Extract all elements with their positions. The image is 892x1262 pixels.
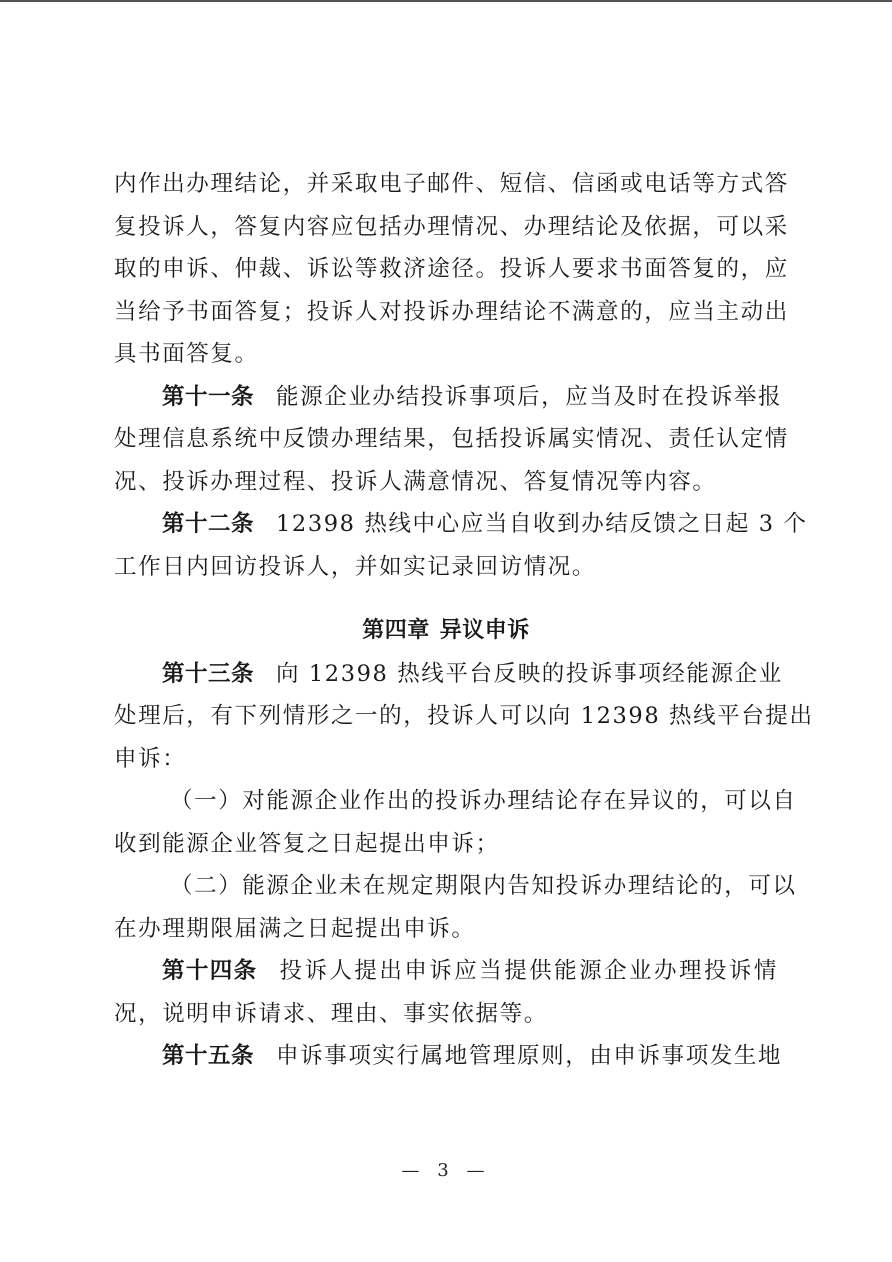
article-number: 第十三条 [162,661,254,687]
article-first-line: 第十二条12398 热线中心应当自收到办结反馈之日起 3 个 [114,503,778,546]
article-number: 第十四条 [162,958,257,984]
list-item-line: 收到能源企业答复之日起提出申诉； [114,823,778,866]
list-item-first-line: （一）对能源企业作出的投诉办理结论存在异议的，可以自 [114,780,778,823]
text-line: 况、投诉办理过程、投诉人满意情况、答复情况等内容。 [114,461,778,504]
text-line: 当给予书面答复；投诉人对投诉办理结论不满意的，应当主动出 [114,291,778,334]
article-text: 能源企业办结投诉事项后，应当及时在投诉举报 [276,384,782,410]
article-text: 申诉事项实行属地管理原则，由申诉事项发生地 [276,1043,782,1069]
text-line: 具书面答复。 [114,333,778,376]
text-line: 工作日内回访投诉人，并如实记录回访情况。 [114,546,778,589]
article-text: 12398 热线中心应当自收到办结反馈之日起 3 个 [276,511,807,537]
text-line: 内作出办理结论，并采取电子邮件、短信、信函或电话等方式答 [114,163,778,206]
list-item-line: 在办理期限届满之日起提出申诉。 [114,908,778,951]
document-page: 内作出办理结论，并采取电子邮件、短信、信函或电话等方式答 复投诉人，答复内容应包… [114,163,778,1078]
article-first-line: 第十四条投诉人提出申诉应当提供能源企业办理投诉情 [114,950,778,993]
text-line: 复投诉人，答复内容应包括办理情况、办理结论及依据，可以采 [114,206,778,249]
top-border-rule [0,0,892,2]
article-15: 第十五条申诉事项实行属地管理原则，由申诉事项发生地 [114,1035,778,1078]
article-text: 投诉人提出申诉应当提供能源企业办理投诉情 [279,958,778,984]
article-first-line: 第十三条向 12398 热线平台反映的投诉事项经能源企业 [114,653,778,696]
page-number: — 3 — [0,1160,892,1181]
chapter-heading: 第四章异议申诉 [114,610,778,653]
article-12: 第十二条12398 热线中心应当自收到办结反馈之日起 3 个 工作日内回访投诉人… [114,503,778,588]
text-line: 处理后，有下列情形之一的，投诉人可以向 12398 热线平台提出 [114,695,778,738]
text-line: 处理信息系统中反馈办理结果，包括投诉属实情况、责任认定情 [114,418,778,461]
article-text: 向 12398 热线平台反映的投诉事项经能源企业 [276,661,783,687]
text-line: 取的申诉、仲裁、诉讼等救济途径。投诉人要求书面答复的，应 [114,248,778,291]
article-11: 第十一条能源企业办结投诉事项后，应当及时在投诉举报 处理信息系统中反馈办理结果，… [114,376,778,504]
article-14: 第十四条投诉人提出申诉应当提供能源企业办理投诉情 况，说明申诉请求、理由、事实依… [114,950,778,1035]
list-item-first-line: （二）能源企业未在规定期限内告知投诉办理结论的，可以 [114,865,778,908]
article-number: 第十一条 [162,384,254,410]
text-line: 申诉： [114,738,778,781]
article-number: 第十二条 [162,511,254,537]
text-line: 况，说明申诉请求、理由、事实依据等。 [114,993,778,1036]
article-13: 第十三条向 12398 热线平台反映的投诉事项经能源企业 处理后，有下列情形之一… [114,653,778,951]
chapter-number: 第四章 [362,618,430,643]
article-first-line: 第十一条能源企业办结投诉事项后，应当及时在投诉举报 [114,376,778,419]
paragraph-continuation: 内作出办理结论，并采取电子邮件、短信、信函或电话等方式答 复投诉人，答复内容应包… [114,163,778,376]
article-number: 第十五条 [162,1043,254,1069]
chapter-title: 异议申诉 [440,618,530,643]
article-first-line: 第十五条申诉事项实行属地管理原则，由申诉事项发生地 [114,1035,778,1078]
